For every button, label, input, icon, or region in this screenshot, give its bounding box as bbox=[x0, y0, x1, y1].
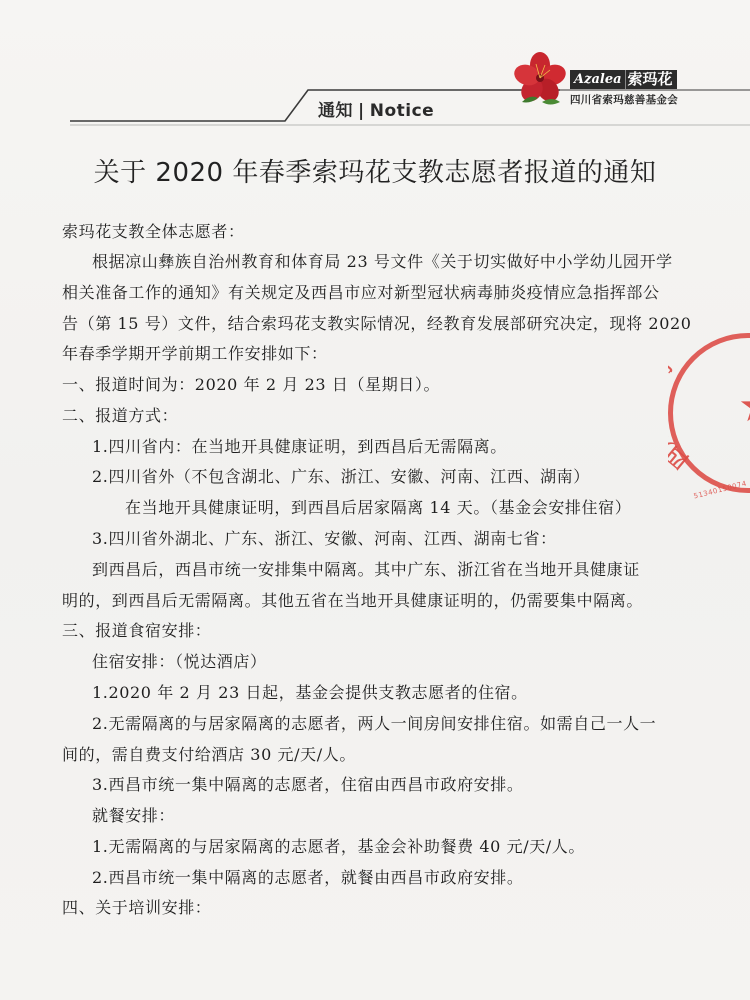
section-line: 明的，到西昌后无需隔离。其他五省在当地开具健康证明的，仍需要集中隔离。 bbox=[62, 591, 643, 611]
intro-line: 年春季学期开学前期工作安排如下： bbox=[62, 344, 328, 364]
intro-line: 根据凉山彝族自治州教育和体育局 23 号文件《关于切实做好中小学幼儿园开学 bbox=[92, 252, 673, 272]
section-line: 就餐安排： bbox=[92, 806, 175, 826]
section-line: 3.四川省外湖北、广东、浙江、安徽、河南、江西、湖南七省： bbox=[92, 529, 557, 549]
logo-org-name: 四川省索玛慈善基金会 bbox=[570, 92, 678, 107]
section-line: 3.西昌市统一集中隔离的志愿者，住宿由西昌市政府安排。 bbox=[92, 775, 523, 795]
section-line: 住宿安排：（悦达酒店） bbox=[92, 652, 267, 672]
notice-separator: | bbox=[358, 101, 365, 121]
seal-text: 四川省索玛 bbox=[668, 357, 693, 473]
section-line: 1.2020 年 2 月 23 日起，基金会提供支教志愿者的住宿。 bbox=[92, 683, 528, 703]
section-line: 到西昌后，西昌市统一安排集中隔离。其中广东、浙江省在当地开具健康证 bbox=[92, 560, 640, 580]
section-heading-3: 三、报道食宿安排： bbox=[62, 621, 211, 641]
document-title: 关于 2020 年春季索玛花支教志愿者报道的通知 bbox=[0, 152, 750, 189]
section-heading-4: 四、关于培训安排： bbox=[62, 898, 211, 918]
azalea-logo: Azalea索玛花 四川省索玛慈善基金会 bbox=[512, 52, 702, 112]
salutation: 索玛花支教全体志愿者： bbox=[62, 222, 245, 242]
section-line: 在当地开具健康证明，到西昌后居家隔离 14 天。（基金会安排住宿） bbox=[125, 498, 631, 518]
document-page: 通知|Notice Azalea索玛花 四川省索玛慈善基金会 关于 2020 年… bbox=[0, 0, 750, 1000]
intro-line: 告（第 15 号）文件，结合索玛花支教实际情况，经教育发展部研究决定，现将 20… bbox=[62, 314, 692, 334]
section-line: 间的，需自费支付给酒店 30 元/天/人。 bbox=[62, 745, 356, 765]
intro-line: 相关准备工作的通知》有关规定及西昌市应对新型冠状病毒肺炎疫情应急指挥部公 bbox=[62, 283, 660, 303]
section-line: 2.无需隔离的与居家隔离的志愿者，两人一间房间安排住宿。如需自己一人一 bbox=[92, 714, 656, 734]
azalea-flower-icon bbox=[512, 52, 570, 108]
section-line: 1.四川省内：在当地开具健康证明，到西昌后无需隔离。 bbox=[92, 437, 507, 457]
notice-cn: 通知 bbox=[318, 101, 353, 121]
notice-label: 通知|Notice bbox=[318, 96, 434, 121]
notice-en: Notice bbox=[370, 101, 434, 121]
seal-star-icon: ★ bbox=[738, 385, 750, 429]
section-line: 2.四川省外（不包含湖北、广东、浙江、安徽、河南、江西、湖南） bbox=[92, 467, 590, 487]
svg-text:四川省索玛: 四川省索玛 bbox=[668, 357, 693, 473]
logo-brand-en: Azalea bbox=[570, 70, 625, 89]
section-heading-2: 二、报道方式： bbox=[62, 406, 178, 426]
logo-brand-cn: 索玛花 bbox=[625, 70, 677, 89]
logo-brand: Azalea索玛花 bbox=[570, 69, 677, 89]
section-heading-1: 一、报道时间为：2020 年 2 月 23 日（星期日）。 bbox=[62, 375, 440, 395]
section-line: 1.无需隔离的与居家隔离的志愿者，基金会补助餐费 40 元/天/人。 bbox=[92, 837, 585, 857]
section-line: 2.西昌市统一集中隔离的志愿者，就餐由西昌市政府安排。 bbox=[92, 868, 523, 888]
